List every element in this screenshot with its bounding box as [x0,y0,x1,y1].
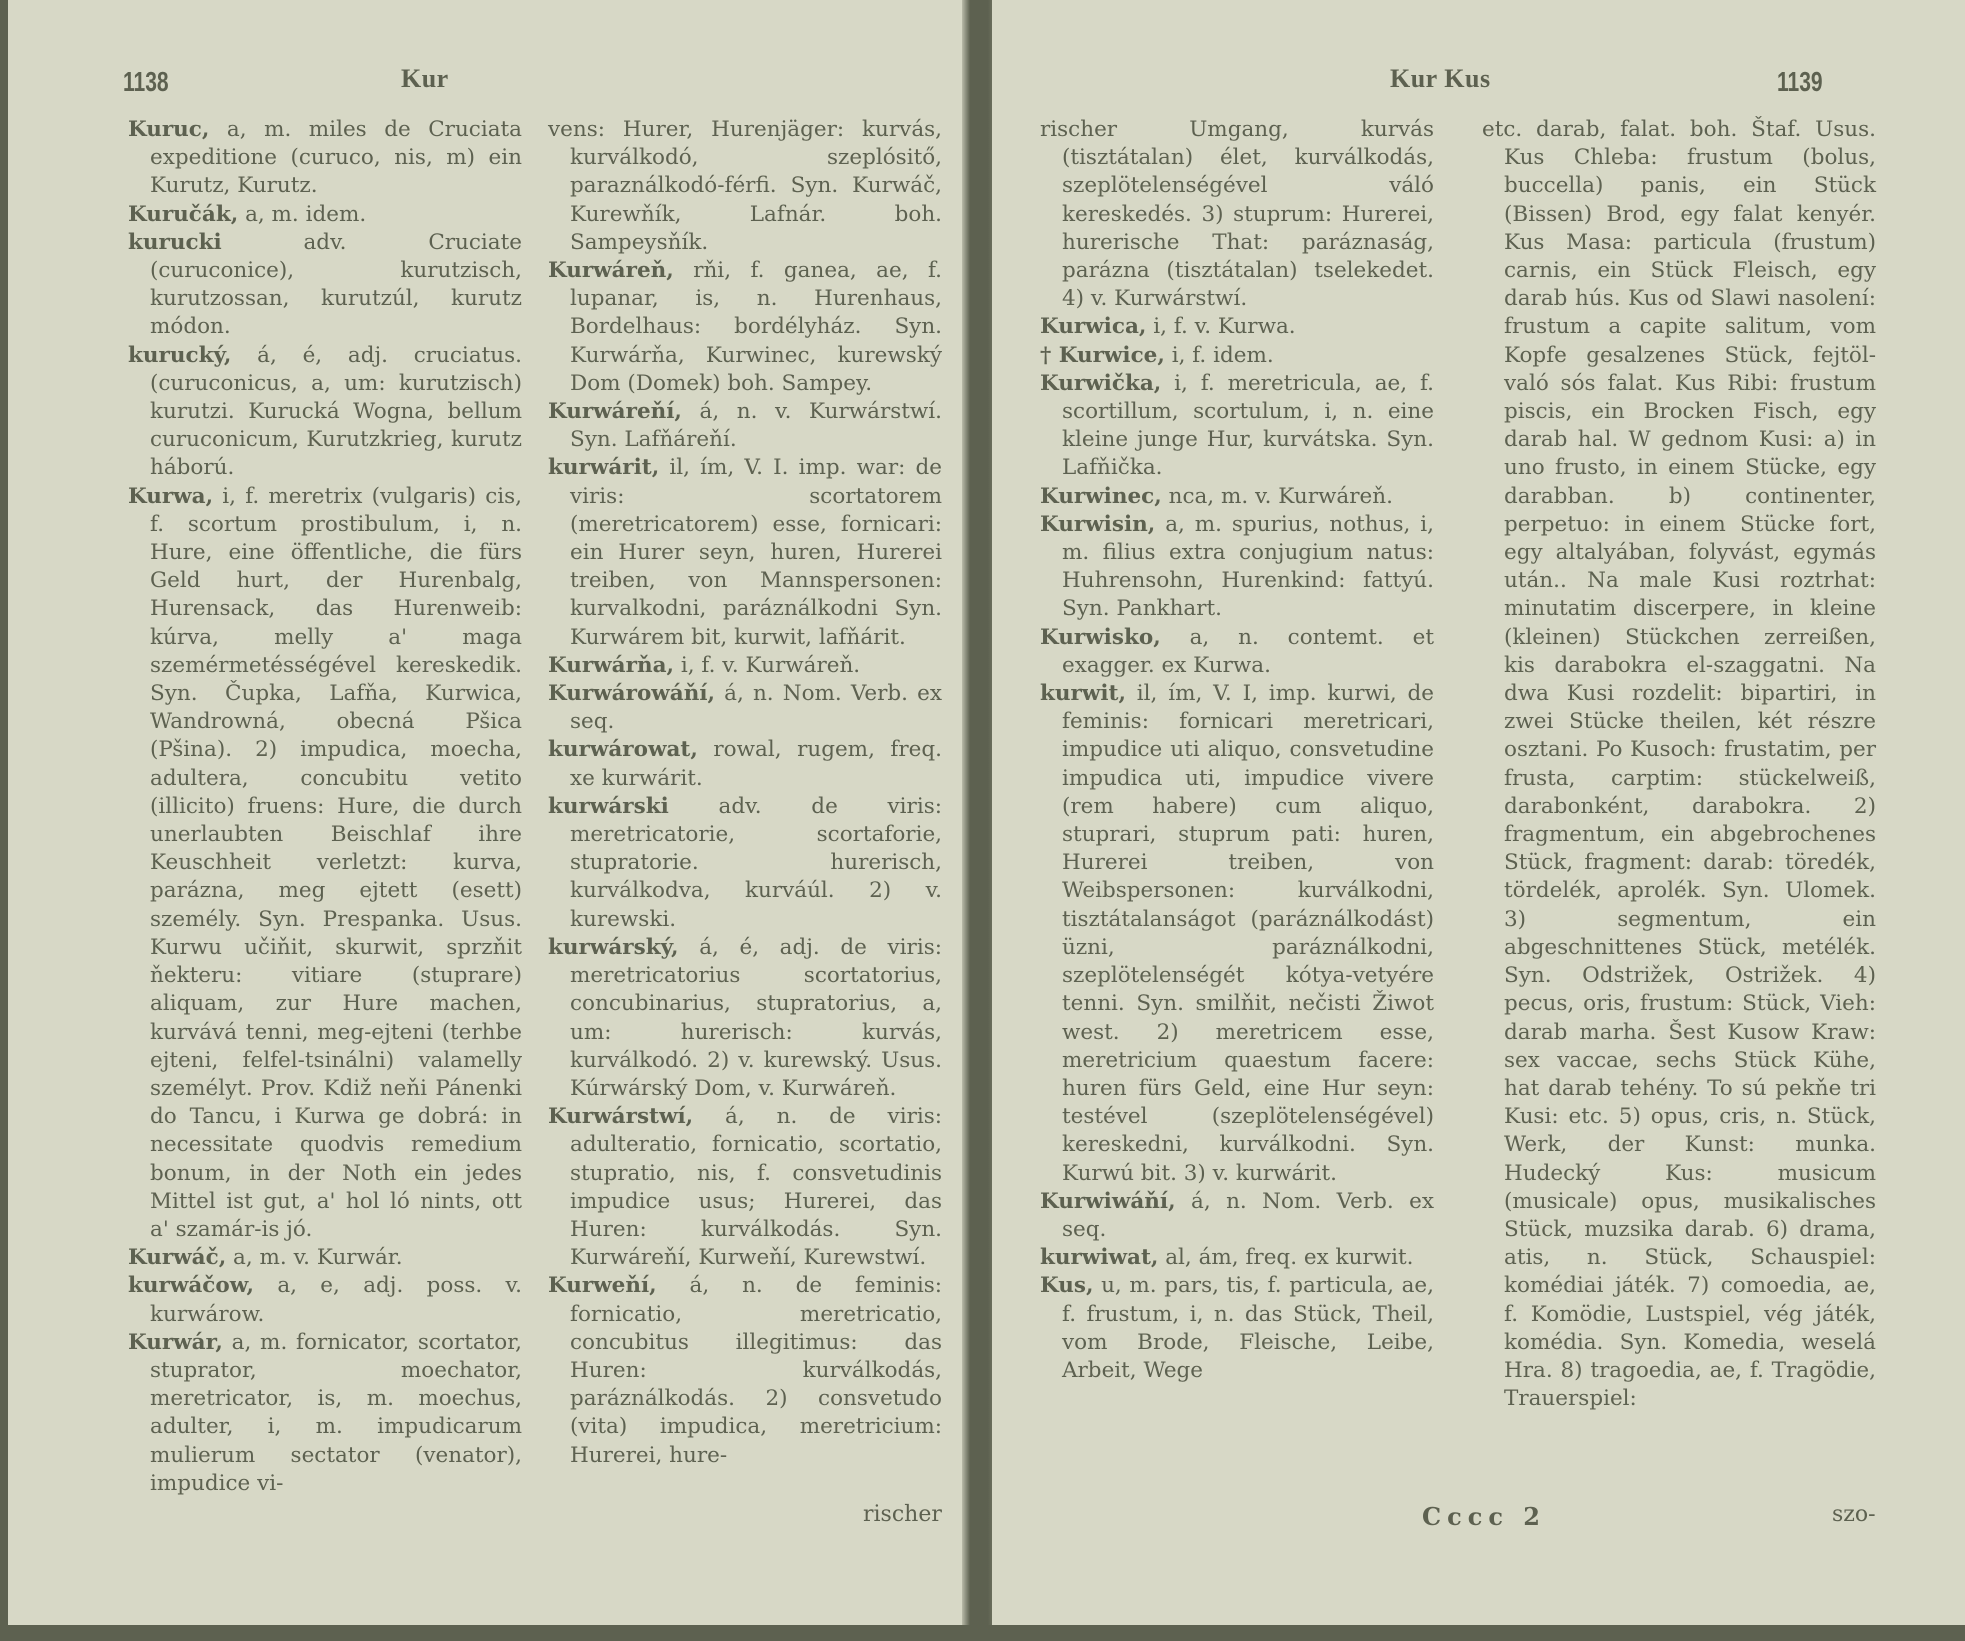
dictionary-column-2: etc. darab, falat. boh. Štaf. Usus. Kus … [1482,116,1876,1413]
dictionary-entry: Kurwinec, nca, m. v. Kurwáreň. [1040,483,1434,511]
book-spine-gutter [962,0,992,1625]
dictionary-entry: Kurwár, a, m. fornicator, scortator, stu… [128,1329,522,1498]
headword: Kurweňí, [548,1273,657,1298]
definition: al, ám, freq. ex kurwit. [1165,1245,1413,1270]
headword: Kurwa, [128,484,213,509]
headword: Kurwár, [128,1330,223,1355]
headword: Kurwáreň, [548,258,674,283]
dictionary-entry: Kurwička, i, f. meretricula, ae, f. scor… [1040,370,1434,483]
dictionary-entry: kurwárski adv. de viris: meretricatorie,… [548,793,942,934]
definition: á, n. de feminis: fornicatio, meretricat… [570,1273,942,1467]
dictionary-entry: Kurwisko, a, n. contemt. et exagger. ex … [1040,624,1434,680]
headword: kurucký, [128,343,231,368]
dictionary-entry: etc. darab, falat. boh. Štaf. Usus. Kus … [1482,116,1876,1413]
catchword: szo- [1832,1502,1876,1527]
dictionary-entry: kurwiwat, al, ám, freq. ex kurwit. [1040,1244,1434,1272]
printer-signature: Cccc 2 [1422,1502,1546,1531]
catchword: rischer [863,1502,942,1527]
headword: kurwáčow, [128,1273,254,1298]
definition: il, ím, V. I. imp. war: de viris: scorta… [570,455,942,649]
headword: Kurwárňa, [548,653,674,678]
definition: i, f. meretrix (vulgaris) cis, f. scortu… [150,484,522,1242]
dictionary-entry: Kurwárstwí, á, n. de viris: adulteratio,… [548,1103,942,1272]
headword: Kurwisin, [1040,512,1155,537]
headword: kurwit, [1040,681,1126,706]
dictionary-entry: Kuruc, a, m. miles de Cruciata expeditio… [128,116,522,201]
dictionary-entry: vens: Hurer, Hurenjäger: kurvás, kurválk… [548,116,942,257]
definition: i, f. v. Kurwa. [1153,314,1295,339]
headword: † Kurwice, [1040,343,1165,368]
dictionary-entry: Kurwárňa, i, f. v. Kurwáreň. [548,652,942,680]
dictionary-column-1: rischer Umgang, kurvás (tisztátalan) éle… [1040,116,1434,1385]
dictionary-entry: rischer Umgang, kurvás (tisztátalan) éle… [1040,116,1434,313]
headword: Kurwárowáňí, [548,681,715,706]
dictionary-entry: Kurwáč, a, m. v. Kurwár. [128,1244,522,1272]
definition: etc. darab, falat. boh. Štaf. Usus. Kus … [1482,117,1876,1411]
headword: Kurwáč, [128,1245,226,1270]
headword: kurwiwat, [1040,1245,1158,1270]
headword: Kuručák, [128,202,238,227]
definition: a, m. idem. [245,202,366,227]
dictionary-entry: Kurwáreňí, á, n. v. Kurwárstwí. Syn. Laf… [548,398,942,454]
headword: kurwárowat, [548,737,698,762]
dictionary-entry: kurwárit, il, ím, V. I. imp. war: de vir… [548,454,942,651]
dictionary-entry: kurwáčow, a, e, adj. poss. v. kurwárow. [128,1272,522,1328]
headword: Kurwáreňí, [548,399,682,424]
dictionary-column-2: vens: Hurer, Hurenjäger: kurvás, kurválk… [548,116,942,1470]
headword: Kurwinec, [1040,484,1162,509]
definition: vens: Hurer, Hurenjäger: kurvás, kurválk… [548,117,942,255]
running-head: Kur [401,64,449,94]
dictionary-entry: Kurwárowáňí, á, n. Nom. Verb. ex seq. [548,680,942,736]
dictionary-entry: kurucki adv. Cruciate (curuconice), kuru… [128,229,522,342]
page-number: 1139 [1777,66,1823,98]
headword: Kurwárstwí, [548,1104,693,1129]
definition: i, f. idem. [1172,343,1274,368]
definition: i, f. v. Kurwáreň. [681,653,860,678]
left-page: 1138 Kur Kuruc, a, m. miles de Cruciata … [8,0,962,1625]
dictionary-entry: kurucký, á, é, adj. cruciatus. (curuconi… [128,342,522,483]
dictionary-entry: kurwárský, á, é, adj. de viris: meretric… [548,934,942,1103]
headword: Kurwička, [1040,371,1161,396]
page-number: 1138 [123,66,169,98]
definition: nca, m. v. Kurwáreň. [1169,484,1393,509]
headword: kurwárský, [548,935,679,960]
headword: Kus, [1040,1273,1093,1298]
headword: kurwárit, [548,455,659,480]
dictionary-entry: Kus, u, m. pars, tis, f. particula, ae, … [1040,1272,1434,1385]
definition: a, m. v. Kurwár. [233,1245,403,1270]
headword: Kurwica, [1040,314,1146,339]
dictionary-entry: kurwárowat, rowal, rugem, freq. xe kurwá… [548,736,942,792]
running-head: Kur Kus [1390,64,1491,94]
dictionary-entry: Kurwica, i, f. v. Kurwa. [1040,313,1434,341]
scan-border-left [0,0,8,1641]
dictionary-entry: Kurwiwáňí, á, n. Nom. Verb. ex seq. [1040,1188,1434,1244]
definition: u, m. pars, tis, f. particula, ae, f. fr… [1062,1273,1434,1383]
dictionary-column-1: Kuruc, a, m. miles de Cruciata expeditio… [128,116,522,1498]
right-page: Kur Kus 1139 rischer Umgang, kurvás (tis… [992,0,1965,1625]
headword: Kuruc, [128,117,209,142]
headword: kurucki [128,230,222,255]
headword: Kurwiwáňí, [1040,1189,1176,1214]
headword: Kurwisko, [1040,625,1161,650]
dictionary-entry: Kuručák, a, m. idem. [128,201,522,229]
dictionary-entry: Kurweňí, á, n. de feminis: fornicatio, m… [548,1272,942,1469]
dictionary-entry: Kurwisin, a, m. spurius, nothus, i, m. f… [1040,511,1434,624]
dictionary-entry: Kurwa, i, f. meretrix (vulgaris) cis, f.… [128,483,522,1244]
scan-border-bottom [0,1625,1965,1641]
definition: rischer Umgang, kurvás (tisztátalan) éle… [1040,117,1434,311]
headword: kurwárski [548,794,669,819]
dictionary-entry: kurwit, il, ím, V. I, imp. kurwi, de fem… [1040,680,1434,1188]
dictionary-entry: Kurwáreň, rňi, f. ganea, ae, f. lupanar,… [548,257,942,398]
definition: il, ím, V. I, imp. kurwi, de feminis: fo… [1062,681,1434,1185]
dictionary-entry: † Kurwice, i, f. idem. [1040,342,1434,370]
